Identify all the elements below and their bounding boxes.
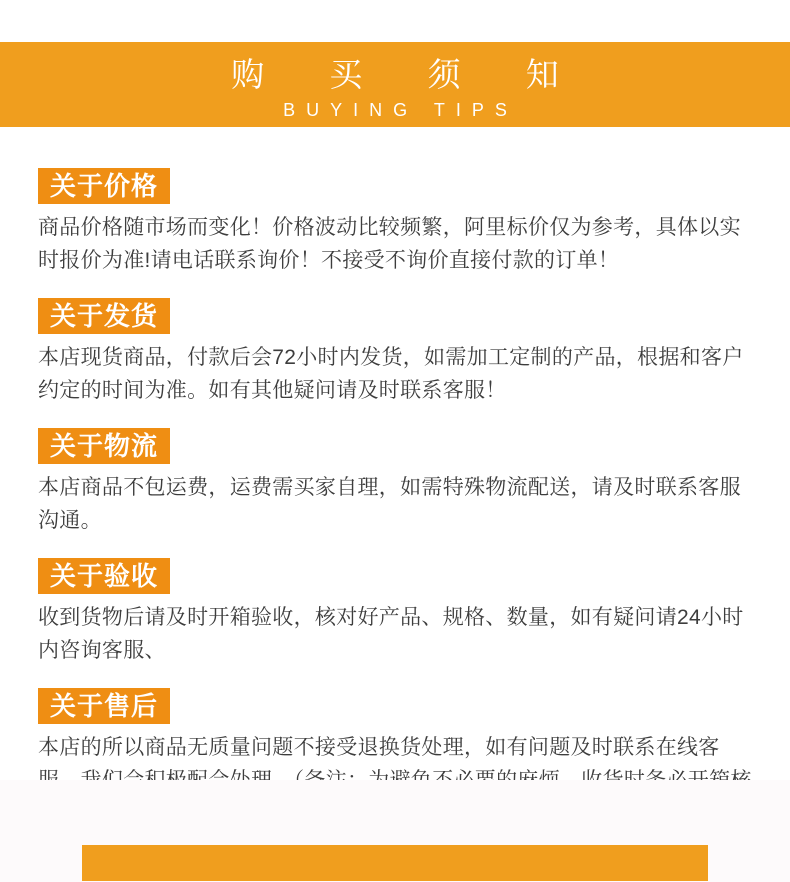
section-logistics: 关于物流 本店商品不包运费，运费需买家自理，如需特殊物流配送，请及时联系客服沟通…: [38, 428, 758, 537]
section-price-badge: 关于价格: [38, 168, 170, 204]
section-inspection: 关于验收 收到货物后请及时开箱验收，核对好产品、规格、数量，如有疑问请24小时内…: [38, 558, 758, 667]
page-title: 购 买 须 知: [0, 54, 790, 96]
buying-tips-page: 购 买 须 知 BUYING TIPS 关于价格 商品价格随市场而变化！价格波动…: [0, 42, 790, 830]
section-inspection-text: 收到货物后请及时开箱验收，核对好产品、规格、数量，如有疑问请24小时内咨询客服、: [38, 601, 758, 667]
section-shipping: 关于发货 本店现货商品，付款后会72小时内发货，如需加工定制的产品，根据和客户约…: [38, 298, 758, 407]
header-banner: 购 买 须 知 BUYING TIPS: [0, 42, 790, 127]
section-logistics-badge: 关于物流: [38, 428, 170, 464]
section-shipping-badge: 关于发货: [38, 298, 170, 334]
tips-list: 关于价格 商品价格随市场而变化！价格波动比较频繁，阿里标价仅为参考，具体以实时报…: [38, 168, 758, 830]
section-price: 关于价格 商品价格随市场而变化！价格波动比较频繁，阿里标价仅为参考，具体以实时报…: [38, 168, 758, 277]
section-shipping-text: 本店现货商品，付款后会72小时内发货，如需加工定制的产品，根据和客户约定的时间为…: [38, 341, 758, 407]
section-price-text: 商品价格随市场而变化！价格波动比较频繁，阿里标价仅为参考，具体以实时报价为准!请…: [38, 211, 758, 277]
footer-divider-bar: [82, 845, 708, 881]
section-aftersales-badge: 关于售后: [38, 688, 170, 724]
page-subtitle: BUYING TIPS: [0, 98, 790, 122]
section-logistics-text: 本店商品不包运费，运费需买家自理，如需特殊物流配送，请及时联系客服沟通。: [38, 471, 758, 537]
section-inspection-badge: 关于验收: [38, 558, 170, 594]
